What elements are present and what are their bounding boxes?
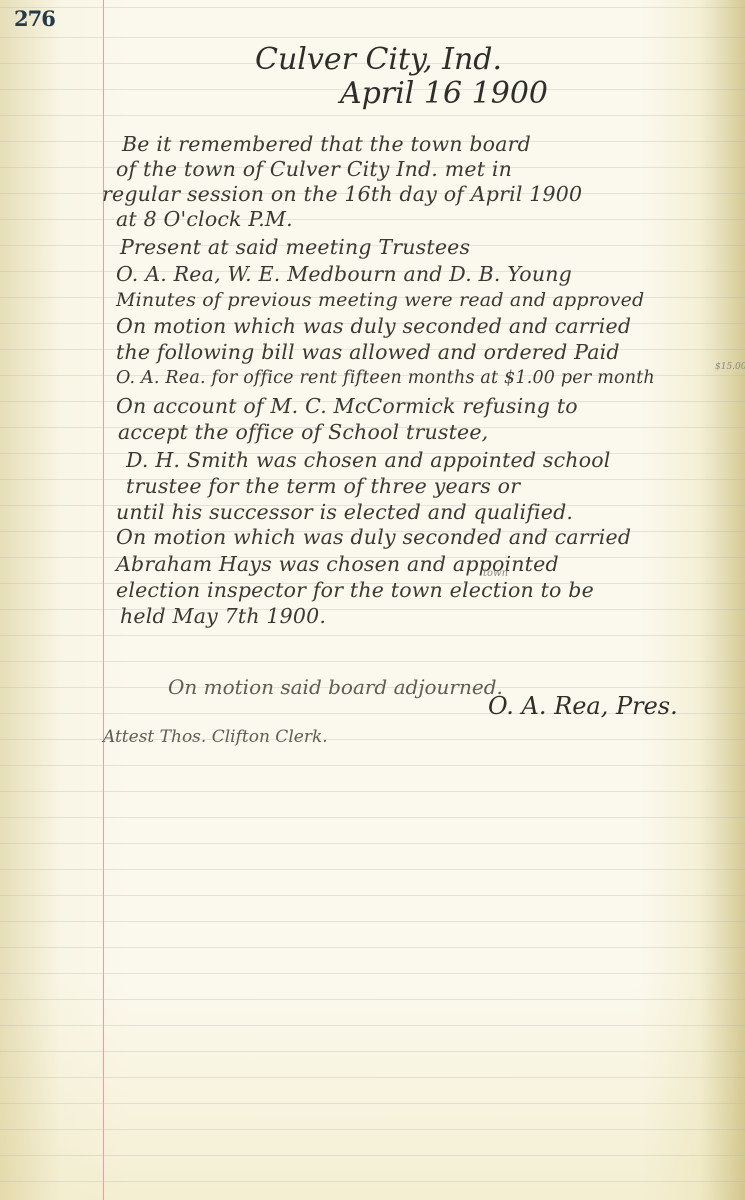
body-line: the following bill was allowed and order…: [116, 340, 620, 364]
heading-place: Culver City, Ind.: [255, 42, 502, 77]
body-line: On motion which was duly seconded and ca…: [116, 314, 631, 338]
body-line: of the town of Culver City Ind. met in: [116, 157, 512, 181]
body-line: On account of M. C. McCormick refusing t…: [116, 394, 578, 418]
adjournment-line: On motion said board adjourned.: [168, 675, 503, 699]
body-line: On motion which was duly seconded and ca…: [116, 525, 631, 549]
body-line: Minutes of previous meeting were read an…: [116, 289, 644, 311]
body-line: Be it remembered that the town board: [122, 132, 531, 156]
body-line: O. A. Rea. for office rent fifteen month…: [116, 368, 655, 388]
margin-note-amount: $15.00: [715, 362, 745, 372]
body-line: Present at said meeting Trustees: [120, 235, 470, 259]
page-number: 276: [14, 6, 55, 31]
body-line: election inspector for the town election…: [116, 578, 594, 602]
margin-line: [103, 0, 104, 1200]
body-line: regular session on the 16th day of April…: [102, 182, 582, 206]
body-line: D. H. Smith was chosen and appointed sch…: [126, 448, 611, 472]
body-line: held May 7th 1900.: [120, 604, 326, 628]
heading-date: April 16 1900: [340, 76, 548, 111]
attest-line: Attest Thos. Clifton Clerk.: [103, 727, 328, 747]
body-line: at 8 O'clock P.M.: [116, 207, 293, 231]
body-line: O. A. Rea, W. E. Medbourn and D. B. Youn…: [116, 262, 572, 286]
body-line: accept the office of School trustee,: [118, 420, 488, 444]
body-line: trustee for the term of three years or: [126, 474, 520, 498]
ledger-page: 276 Culver City, Ind. April 16 1900 Be i…: [0, 0, 745, 1200]
body-line: until his successor is elected and quali…: [116, 500, 573, 524]
president-signature: O. A. Rea, Pres.: [488, 692, 678, 720]
